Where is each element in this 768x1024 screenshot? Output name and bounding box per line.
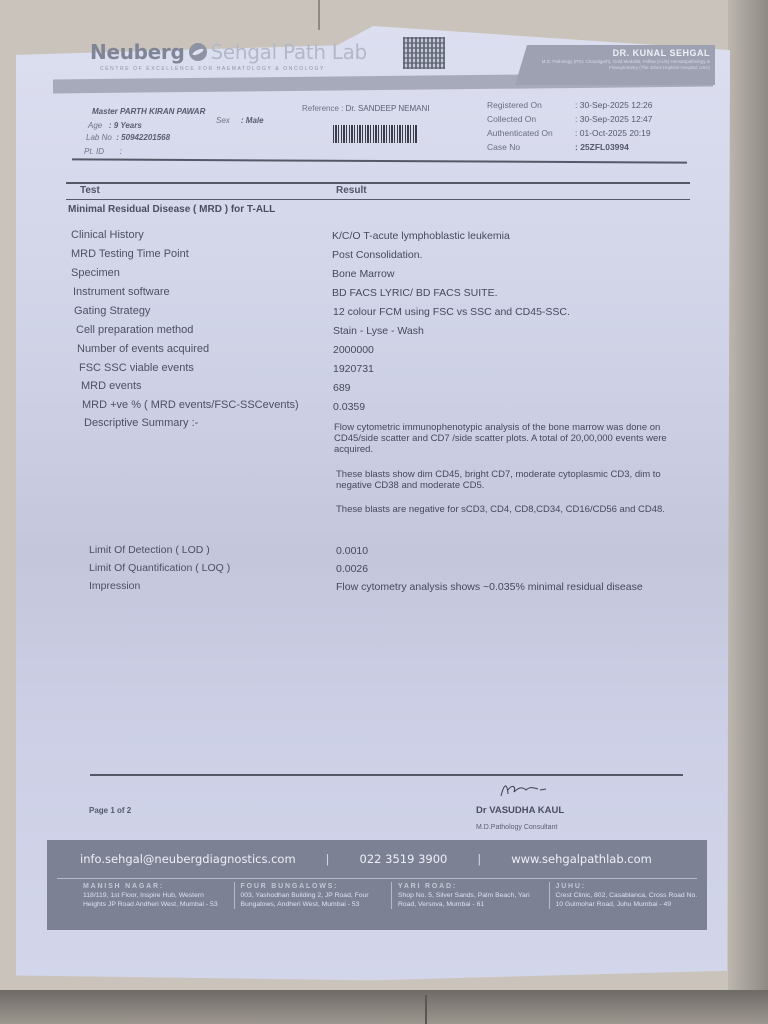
row-value: Post Consolidation. [332, 249, 422, 261]
address-title: FOUR BUNGALOWS: [241, 882, 386, 891]
divider [90, 774, 683, 776]
registered-value: : 30-Sep-2025 12:26 [575, 100, 653, 110]
lod-label: Limit Of Detection ( LOD ) [89, 544, 210, 556]
barcode-icon [333, 125, 418, 143]
sex-label: Sex [216, 116, 230, 125]
address-block: JUHU: Crest Clinic, 802, Casablanca, Cro… [550, 882, 708, 909]
director-name: DR. KUNAL SEHGAL [560, 48, 710, 58]
address-text: Crest Clinic, 802, Casablanca, Cross Roa… [556, 891, 702, 909]
consultant-credentials: M.D.Pathology Consultant [476, 824, 557, 831]
address-text: Shop No. 5, Silver Sands, Palm Beach, Ya… [398, 891, 543, 909]
reference-value: : Dr. SANDEEP NEMANI [341, 104, 429, 113]
sex-field: Sex : Male [216, 116, 264, 125]
sex-value: : Male [241, 116, 264, 125]
address-title: MANISH NAGAR: [83, 882, 228, 891]
lod-value: 0.0010 [336, 545, 368, 557]
row-label: MRD +ve % ( MRD events/FSC-SSCevents) [82, 399, 299, 411]
row-label: Clinical History [71, 229, 144, 241]
summary-paragraph: These blasts are negative for sCD3, CD4,… [336, 504, 681, 515]
row-value: Bone Marrow [332, 268, 394, 280]
lab-logo: NeubergSehgal Path Lab [90, 40, 367, 64]
impression-value: Flow cytometry analysis shows ~0.035% mi… [336, 581, 643, 593]
address-block: YARI ROAD: Shop No. 5, Silver Sands, Pal… [392, 882, 550, 909]
pt-id-value: : [120, 147, 122, 156]
row-label: FSC SSC viable events [79, 362, 194, 374]
reference-label: Reference [302, 104, 339, 113]
report-meta: Registered On: 30-Sep-2025 12:26 Collect… [487, 100, 653, 152]
impression-label: Impression [89, 580, 140, 592]
lab-tagline: CENTRE OF EXCELLENCE FOR HAEMATOLOGY & O… [100, 66, 325, 72]
summary-paragraph: These blasts show dim CD45, bright CD7, … [336, 469, 681, 491]
age-label: Age [88, 121, 102, 130]
row-label: Number of events acquired [77, 343, 209, 355]
address-title: YARI ROAD: [398, 882, 543, 891]
floor-background [728, 0, 768, 1024]
consultant-name: Dr VASUDHA KAUL [476, 805, 564, 816]
signature-icon [498, 780, 550, 798]
floor-tile-seam [425, 995, 427, 1024]
footer-contact-band: info.sehgal@neubergdiagnostics.com | 022… [47, 840, 707, 930]
brand-primary: Neuberg [90, 40, 185, 64]
footer-separator: | [326, 852, 330, 866]
reference-field: Reference : Dr. SANDEEP NEMANI [302, 104, 429, 113]
page-indicator: Page 1 of 2 [89, 806, 131, 815]
section-title: Minimal Residual Disease ( MRD ) for T-A… [68, 204, 275, 215]
address-title: JUHU: [556, 882, 702, 891]
pt-id-label: Pt. ID [84, 147, 104, 156]
summary-paragraph: Flow cytometric immunophenotypic analysi… [334, 422, 679, 455]
floor-shadow [0, 990, 768, 1024]
age-value: : 9 Years [109, 121, 142, 130]
row-value: 0.0359 [333, 401, 365, 413]
lab-no-value: : 50942201568 [116, 133, 170, 142]
row-value: 1920731 [333, 363, 374, 375]
qr-code-icon [403, 37, 445, 69]
footer-separator: | [477, 852, 481, 866]
collected-label: Collected On [487, 114, 575, 124]
loq-value: 0.0026 [336, 563, 368, 575]
row-value: BD FACS LYRIC/ BD FACS SUITE. [332, 287, 498, 299]
footer-divider [57, 878, 697, 879]
address-text: 118/119, 1st Floor, Inspire Hub, Western… [83, 891, 228, 909]
authenticated-label: Authenticated On [487, 128, 575, 138]
authenticated-value: : 01-Oct-2025 20:19 [575, 128, 653, 138]
divider [66, 182, 690, 184]
footer-phone: 022 3519 3900 [360, 852, 448, 866]
row-value: 2000000 [333, 344, 374, 356]
row-value: 689 [333, 382, 351, 394]
divider [66, 199, 690, 200]
footer-contact-row: info.sehgal@neubergdiagnostics.com | 022… [47, 840, 707, 878]
col-header-result: Result [336, 185, 367, 196]
address-block: FOUR BUNGALOWS: 003, Yashodhan Building … [235, 882, 393, 909]
loq-label: Limit Of Quantification ( LOQ ) [89, 562, 230, 574]
row-label: Specimen [71, 267, 120, 279]
lab-no-field: Lab No : 50942201568 [86, 133, 170, 142]
row-value: K/C/O T-acute lymphoblastic leukemia [332, 230, 510, 242]
registered-label: Registered On [487, 100, 575, 110]
row-label: Instrument software [73, 286, 170, 298]
row-label: Gating Strategy [74, 305, 150, 317]
collected-value: : 30-Sep-2025 12:47 [575, 114, 653, 124]
row-value: 12 colour FCM using FSC vs SSC and CD45-… [333, 306, 570, 318]
row-label: Cell preparation method [76, 324, 193, 336]
row-value: Stain - Lyse - Wash [333, 325, 424, 337]
summary-label: Descriptive Summary :- [84, 417, 198, 429]
globe-icon [189, 43, 207, 61]
patient-name: Master PARTH KIRAN PAWAR [92, 107, 205, 116]
row-label: MRD Testing Time Point [71, 248, 189, 260]
address-block: MANISH NAGAR: 118/119, 1st Floor, Inspir… [77, 882, 235, 909]
case-no-value: : 25ZFL03994 [575, 142, 653, 152]
pt-id-field: Pt. ID : [84, 147, 122, 156]
age-field: Age : 9 Years [88, 121, 142, 130]
row-label: MRD events [81, 380, 142, 392]
brand-secondary: Sehgal Path Lab [211, 40, 367, 64]
footer-addresses: MANISH NAGAR: 118/119, 1st Floor, Inspir… [77, 882, 707, 909]
floor-tile-seam [318, 0, 320, 30]
col-header-test: Test [80, 185, 100, 196]
address-text: 003, Yashodhan Building 2, JP Road, Four… [241, 891, 386, 909]
director-credentials: M.D. Pathology (PGI, Chandigarh), Gold M… [540, 59, 710, 71]
case-no-label: Case No [487, 142, 575, 152]
lab-no-label: Lab No [86, 133, 112, 142]
footer-website: www.sehgalpathlab.com [511, 852, 652, 866]
footer-email: info.sehgal@neubergdiagnostics.com [80, 852, 296, 866]
